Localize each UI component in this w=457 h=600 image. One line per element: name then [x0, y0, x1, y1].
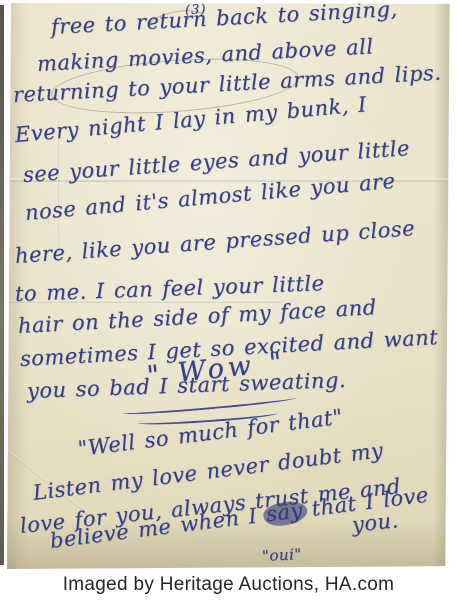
- signature-oui: "oui": [262, 545, 303, 565]
- scribbled-word: say: [265, 498, 304, 526]
- letter-page: (3) free to return back to singing, maki…: [7, 3, 451, 569]
- handwritten-line: free to return back to singing,: [50, 0, 398, 39]
- handwritten-line: you.: [351, 508, 400, 537]
- handwritten-line: here, like you are pressed up close: [14, 216, 416, 268]
- left-edge-shadow: [0, 5, 4, 565]
- watermark-credit: Imaged by Heritage Auctions, HA.com: [0, 574, 457, 596]
- letter-photo: (3) free to return back to singing, maki…: [0, 0, 457, 600]
